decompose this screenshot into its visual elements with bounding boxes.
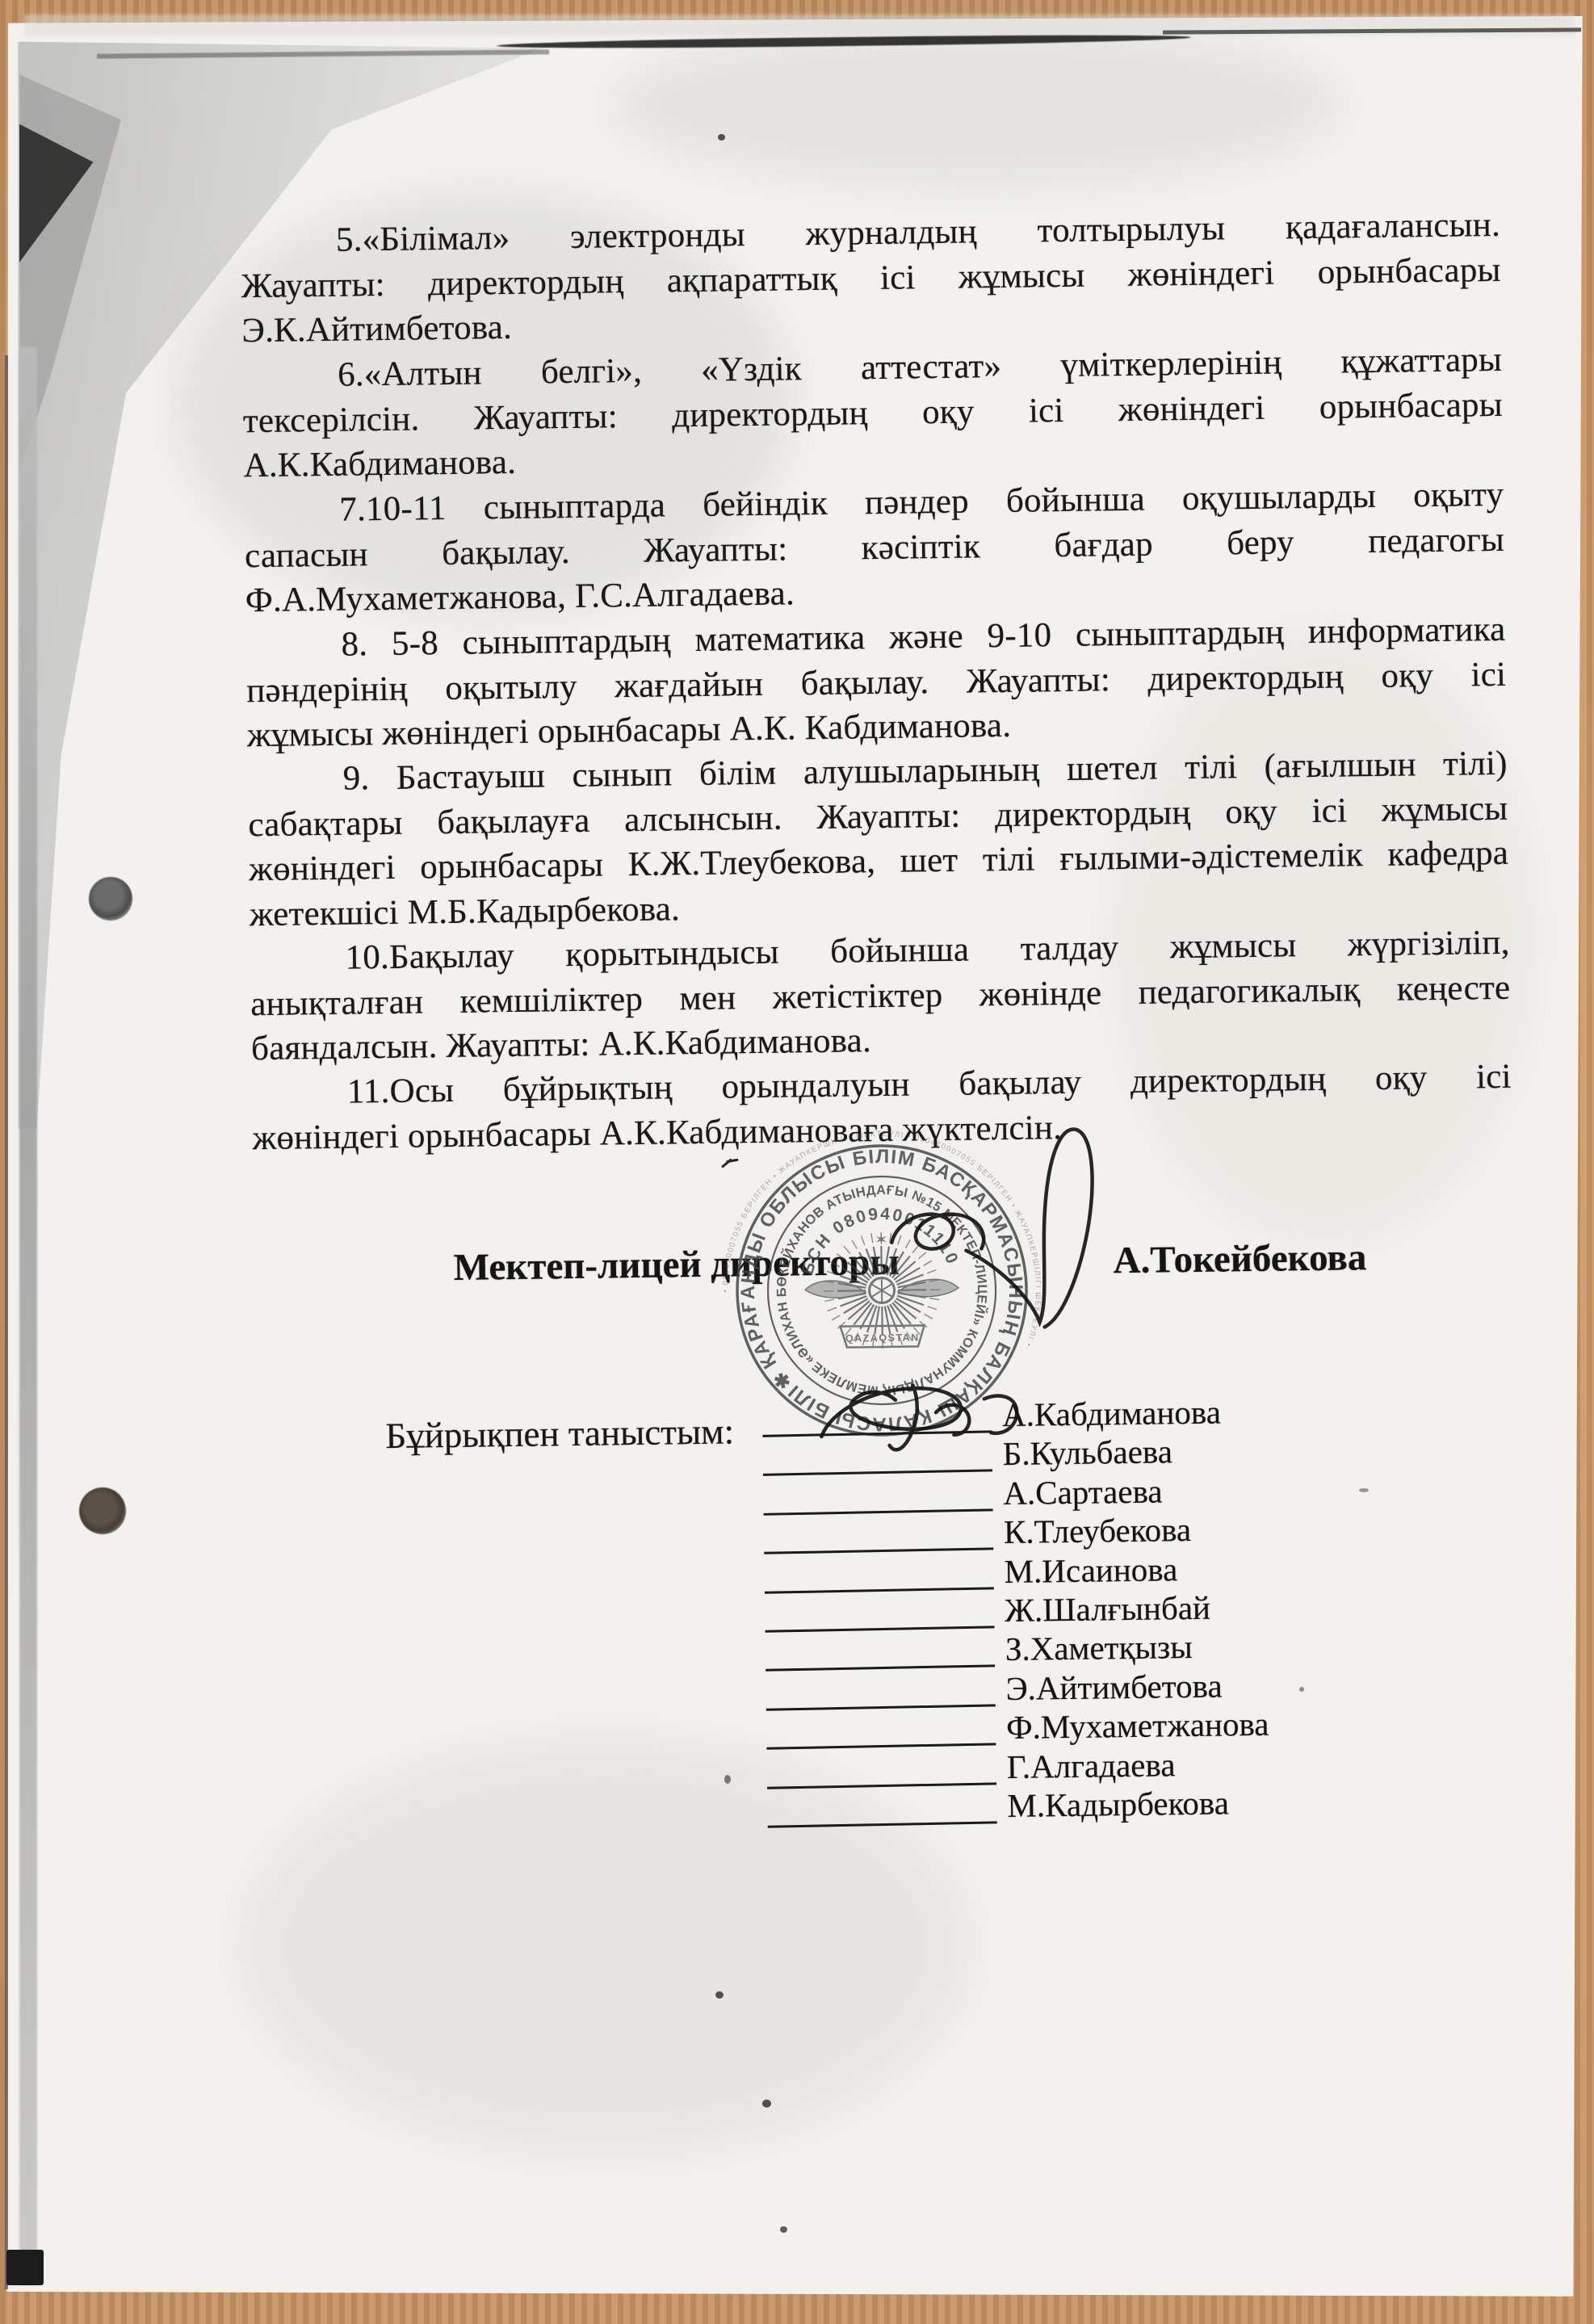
order-item-paragraph: 9. Бастауыш сынып білім алушыларының шет… — [247, 741, 1509, 937]
document-content: 5.«Білімал» электронды журналдың толтыры… — [0, 0, 1594, 2324]
signature-line — [768, 1821, 997, 1828]
acknowledgement-label: Бұйрықпен таныстым: — [385, 1413, 734, 1454]
signee-row: М.Кадырбекова — [767, 1781, 1382, 1828]
signee-name: К.Тлеубекова — [1004, 1511, 1192, 1550]
order-paragraphs: 5.«Білімал» электронды журналдың толтыры… — [0, 0, 1591, 3]
director-name: А.Токейбекова — [1113, 1239, 1366, 1280]
acknowledgement-rows: А.КабдимановаБ.КульбаеваА.СартаеваК.Тлеу… — [762, 1391, 1382, 1828]
signee-name: М.Исаинова — [1004, 1550, 1177, 1590]
order-item-paragraph: 7.10-11 сыныптарда бейіндік пәндер бойын… — [244, 472, 1505, 623]
signee-name: М.Кадырбекова — [1007, 1784, 1229, 1824]
signee-name: Б.Кульбаева — [1002, 1433, 1172, 1473]
signee-name: А.Кабдиманова — [1002, 1394, 1221, 1434]
order-item-paragraph: 5.«Білімал» электронды журналдың толтыры… — [241, 203, 1502, 354]
order-item-paragraph: 6.«Алтын белгі», «Үздік аттестат» үмітке… — [242, 338, 1504, 489]
order-item-paragraph: 8. 5-8 сыныптардың математика және 9-10 … — [245, 607, 1507, 758]
signee-name: З.Хаметқызы — [1005, 1628, 1193, 1667]
order-item-paragraph: 10.Бақылау қорытындысы бойынша талдау жұ… — [250, 921, 1511, 1072]
scanned-document-page: 5.«Білімал» электронды журналдың толтыры… — [0, 0, 1594, 2324]
stamp-emblem-label: QAZAQSTAN — [845, 1332, 920, 1344]
signee-name: Г.Алгадаева — [1006, 1746, 1175, 1785]
signee-name: А.Сартаева — [1003, 1472, 1163, 1512]
signee-name: Э.Айтимбетова — [1005, 1667, 1223, 1707]
svg-text:✶: ✶ — [875, 1231, 888, 1249]
signee-name: Ф.Мухаметжанова — [1006, 1705, 1269, 1746]
signee-name: Ж.Шалғынбай — [1005, 1589, 1210, 1629]
